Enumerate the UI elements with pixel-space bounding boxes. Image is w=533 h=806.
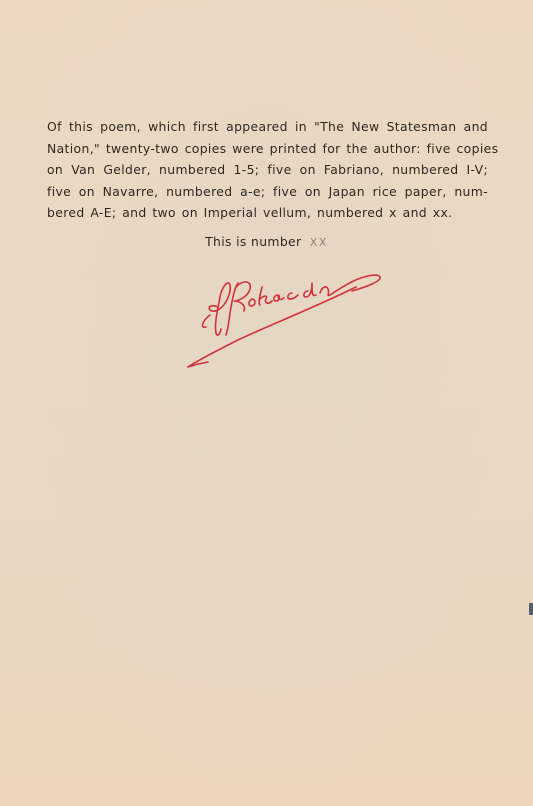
signature-icon <box>180 265 390 380</box>
colophon-line: Of this poem, which first appeared in "T… <box>47 116 488 138</box>
copy-number-value: XX <box>310 236 328 249</box>
colophon-line: bered A-E; and two on Imperial vellum, n… <box>47 202 488 224</box>
copy-number-label: This is number <box>205 234 301 249</box>
colophon-line: five on Navarre, numbered a-e; five on J… <box>47 181 488 203</box>
colophon-line: Nation," twenty-two copies were printed … <box>47 138 488 160</box>
colophon-line: on Van Gelder, numbered 1-5; five on Fab… <box>47 159 488 181</box>
copy-number-line: This is number XX <box>0 234 533 249</box>
paper-page: Of this poem, which first appeared in "T… <box>0 0 533 806</box>
page-edge-mark <box>529 603 533 615</box>
colophon-paragraph: Of this poem, which first appeared in "T… <box>47 116 488 224</box>
